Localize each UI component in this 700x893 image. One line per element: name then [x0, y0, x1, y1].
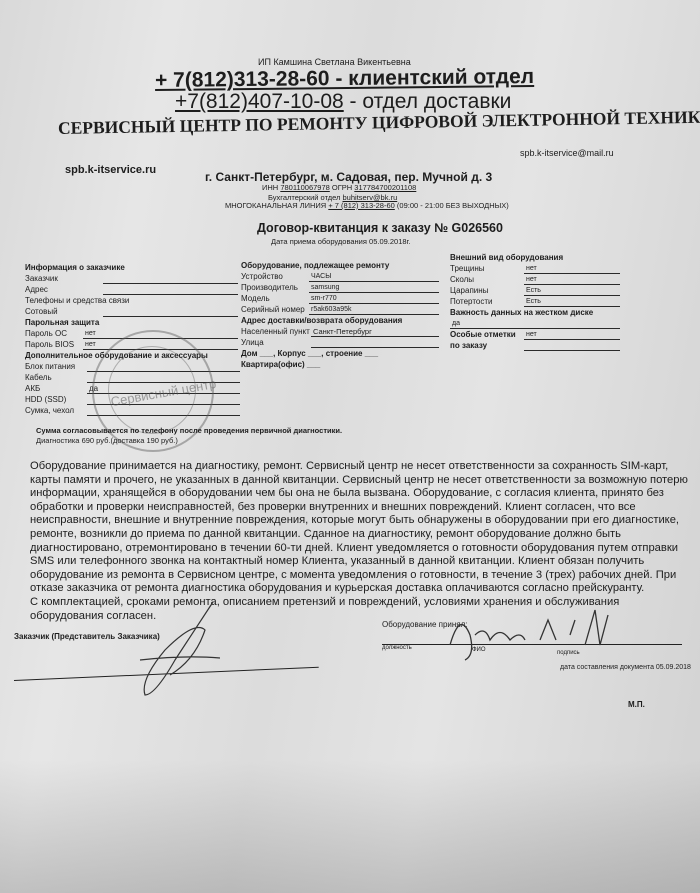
seal-place: М.П.	[628, 700, 645, 709]
customer-title: Информация о заказчике	[25, 262, 240, 273]
field-label: по заказу	[450, 340, 487, 351]
field-label: Производитель	[241, 282, 298, 293]
field-label: HDD (SSD)	[25, 394, 66, 405]
document-date: дата составления документа 05.09.2018	[560, 664, 691, 671]
field-row: УстройствоЧАСЫ	[241, 271, 441, 282]
date-received: Дата приема оборудования 05.09.2018г.	[271, 237, 410, 246]
field-label: Серийный номер	[241, 304, 305, 315]
field-row: Адрес	[25, 284, 240, 295]
section-title: Оборудование, подлежащее ремонту	[241, 260, 389, 271]
field-row: Заказчик	[25, 273, 240, 284]
field-row: Производительsamsung	[241, 282, 441, 293]
field-label: Модель	[241, 293, 270, 304]
section-title: Важность данных на жестком диске	[450, 307, 593, 318]
field-line	[524, 350, 620, 351]
contract-title: Договор-квитанция к заказу № G026560	[257, 221, 503, 235]
field-label: Сколы	[450, 274, 474, 285]
field-label: Адрес	[25, 284, 48, 295]
terms-text: Оборудование принимается на диагностику,…	[30, 460, 690, 623]
appearance-title: Внешний вид оборудования	[450, 252, 622, 263]
notice-line: Сумма согласовывается по телефону после …	[36, 426, 356, 436]
field-label: Особые отметки	[450, 329, 516, 340]
owner-name: ИП Камшина Светлана Викентьевна	[258, 57, 411, 67]
field-label: Пароль ОС	[25, 328, 67, 339]
field-row: Модельsm-r770	[241, 293, 441, 304]
field-row: Трещинынет	[450, 263, 622, 274]
position-label: должность	[382, 645, 412, 651]
field-label: Квартира(офис) ___	[241, 359, 320, 370]
field-label: Царапины	[450, 285, 488, 296]
password-title: Парольная защита	[25, 317, 240, 328]
notice-line: Диагностика 690 руб.(доставка 190 руб.)	[36, 436, 356, 446]
field-label: Пароль BIOS	[25, 339, 74, 350]
field-label: Телефоны и средства связи	[25, 295, 129, 306]
email: spb.k-itservice@mail.ru	[520, 148, 614, 158]
field-label: Кабель	[25, 372, 52, 383]
field-row: ПотертостиЕсть	[450, 296, 622, 307]
apartment-line: Квартира(офис) ___	[241, 359, 441, 370]
field-row: по заказу	[450, 340, 622, 351]
field-row: Телефоны и средства связи	[25, 295, 240, 306]
data-importance-title: Важность данных на жестком диске	[450, 307, 622, 318]
section-title: Информация о заказчике	[25, 262, 125, 273]
field-label: Сумка, чехол	[25, 405, 74, 416]
equipment-title: Оборудование, подлежащее ремонту	[241, 260, 441, 271]
field-row: да	[450, 318, 622, 329]
field-label: Трещины	[450, 263, 485, 274]
field-row: Особые отметкинет	[450, 329, 622, 340]
address: г. Санкт-Петербург, м. Садовая, пер. Муч…	[205, 170, 492, 184]
client-phone: + 7(812)313-28-60 - клиентский отдел	[155, 65, 534, 93]
terms-paragraph: Оборудование принимается на диагностику,…	[30, 460, 690, 596]
field-label: Заказчик	[25, 273, 58, 284]
field-label: Блок питания	[25, 361, 75, 372]
multiline: МНОГОКАНАЛЬНАЯ ЛИНИЯ + 7 (812) 313-28-60…	[225, 201, 509, 210]
field-row: Сколынет	[450, 274, 622, 285]
field-label: Населенный пункт	[241, 326, 310, 337]
ogrn-label: ОГРН	[330, 183, 354, 192]
field-label: Потертости	[450, 296, 492, 307]
inn-ogrn: ИНН 780110067978 ОГРН 317784700201108	[262, 183, 416, 192]
website: spb.k-itservice.ru	[65, 164, 156, 176]
multiline-phone: + 7 (812) 313-28-60	[328, 201, 395, 210]
appearance-section: Внешний вид оборудования Трещинынет Скол…	[450, 252, 622, 351]
field-row: Серийный номерr5ak603a95k	[241, 304, 441, 315]
section-title: Парольная защита	[25, 317, 99, 328]
field-row: Улица	[241, 337, 441, 348]
field-label: Дом ___, Корпус ___, строение ___	[241, 348, 378, 359]
section-title: Адрес доставки/возврата оборудования	[241, 315, 402, 326]
customer-signature-scribble	[135, 600, 225, 700]
price-notice: Сумма согласовывается по телефону после …	[36, 426, 356, 446]
paper-shadow	[0, 760, 700, 893]
receipt-document: ИП Камшина Светлана Викентьевна + 7(812)…	[0, 0, 700, 893]
inn-value: 780110067978	[280, 183, 330, 192]
field-label: АКБ	[25, 383, 40, 394]
equipment-section: Оборудование, подлежащее ремонту Устройс…	[241, 260, 441, 370]
field-row: Населенный пунктСанкт-Петербург	[241, 326, 441, 337]
ogrn-value: 317784700201108	[354, 183, 416, 192]
delivery-phone-number: +7(812)407-10-08	[175, 90, 344, 113]
field-label: Улица	[241, 337, 264, 348]
field-label: Сотовый	[25, 306, 58, 317]
accepted-signature-scribble	[430, 605, 610, 665]
field-row: ЦарапиныЕсть	[450, 285, 622, 296]
section-title: Внешний вид оборудования	[450, 252, 563, 263]
house-line: Дом ___, Корпус ___, строение ___	[241, 348, 441, 359]
field-row: Сотовый	[25, 306, 240, 317]
delivery-title: Адрес доставки/возврата оборудования	[241, 315, 441, 326]
field-label: Устройство	[241, 271, 283, 282]
multiline-label: МНОГОКАНАЛЬНАЯ ЛИНИЯ	[225, 201, 328, 210]
company-title: СЕРВИСНЫЙ ЦЕНТР ПО РЕМОНТУ ЦИФРОВОЙ ЭЛЕК…	[58, 107, 700, 139]
multiline-hours: (09:00 - 21:00 БЕЗ ВЫХОДНЫХ)	[395, 201, 509, 210]
inn-label: ИНН	[262, 183, 280, 192]
